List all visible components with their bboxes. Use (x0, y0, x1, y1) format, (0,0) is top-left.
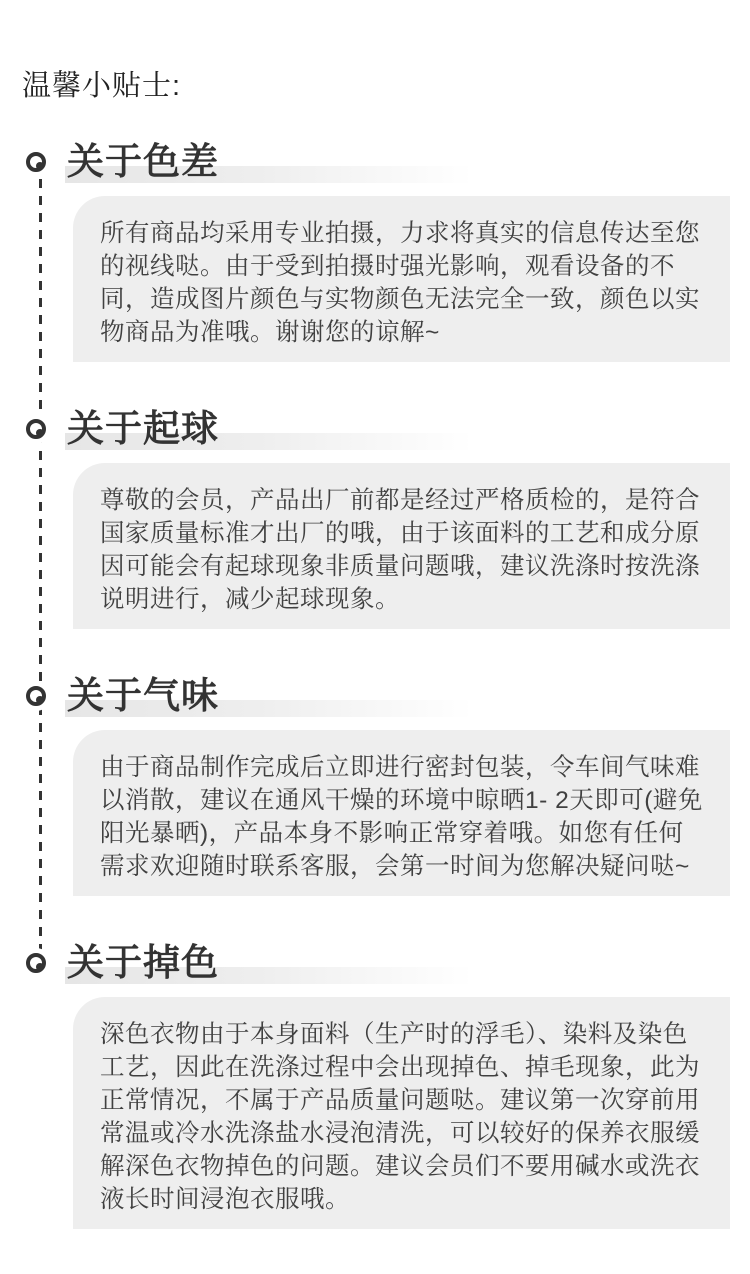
section-title-text: 关于气味 (67, 675, 219, 716)
bullet-dot-icon (36, 696, 44, 704)
bullet-target-icon (26, 419, 46, 439)
section-title-text: 关于掉色 (67, 942, 219, 983)
section-header-odor: 关于气味 (26, 674, 750, 718)
tips-page: 温馨小贴士: 关于色差 所有商品均采用专业拍摄，力求将真实的信息传达至您的视线哒… (0, 0, 750, 1274)
section-title: 关于色差 (63, 140, 223, 184)
section-title: 关于气味 (63, 674, 223, 718)
section-header-pilling: 关于起球 (26, 407, 750, 451)
tip-text: 深色衣物由于本身面料（生产时的浮毛）、染料及染色工艺，因此在洗涤过程中会出现掉色… (100, 1018, 705, 1216)
section-title: 关于起球 (63, 407, 223, 451)
section-title-text: 关于起球 (67, 408, 219, 449)
bullet-dot-icon (36, 162, 44, 170)
tip-text: 尊敬的会员，产品出厂前都是经过严格质检的，是符合国家质量标准才出厂的哦，由于该面… (100, 484, 705, 616)
page-title: 温馨小贴士: (0, 0, 750, 103)
tip-box-color-difference: 所有商品均采用专业拍摄，力求将真实的信息传达至您的视线哒。由于受到拍摄时强光影响… (73, 196, 730, 362)
tip-box-pilling: 尊敬的会员，产品出厂前都是经过严格质检的，是符合国家质量标准才出厂的哦，由于该面… (73, 463, 730, 629)
tip-box-fading: 深色衣物由于本身面料（生产时的浮毛）、染料及染色工艺，因此在洗涤过程中会出现掉色… (73, 997, 730, 1229)
section-header-color-difference: 关于色差 (26, 140, 750, 184)
section-title: 关于掉色 (63, 941, 223, 985)
bullet-target-icon (26, 953, 46, 973)
bullet-target-icon (26, 686, 46, 706)
tip-text: 由于商品制作完成后立即进行密封包装，令车间气味难以消散，建议在通风干燥的环境中晾… (100, 751, 705, 883)
dashed-connector-line (39, 162, 42, 957)
bullet-dot-icon (36, 963, 44, 971)
tip-text: 所有商品均采用专业拍摄，力求将真实的信息传达至您的视线哒。由于受到拍摄时强光影响… (100, 217, 705, 349)
bullet-dot-icon (36, 429, 44, 437)
bullet-target-icon (26, 152, 46, 172)
section-title-text: 关于色差 (67, 141, 219, 182)
tip-box-odor: 由于商品制作完成后立即进行密封包装，令车间气味难以消散，建议在通风干燥的环境中晾… (73, 730, 730, 896)
section-header-fading: 关于掉色 (26, 941, 750, 985)
